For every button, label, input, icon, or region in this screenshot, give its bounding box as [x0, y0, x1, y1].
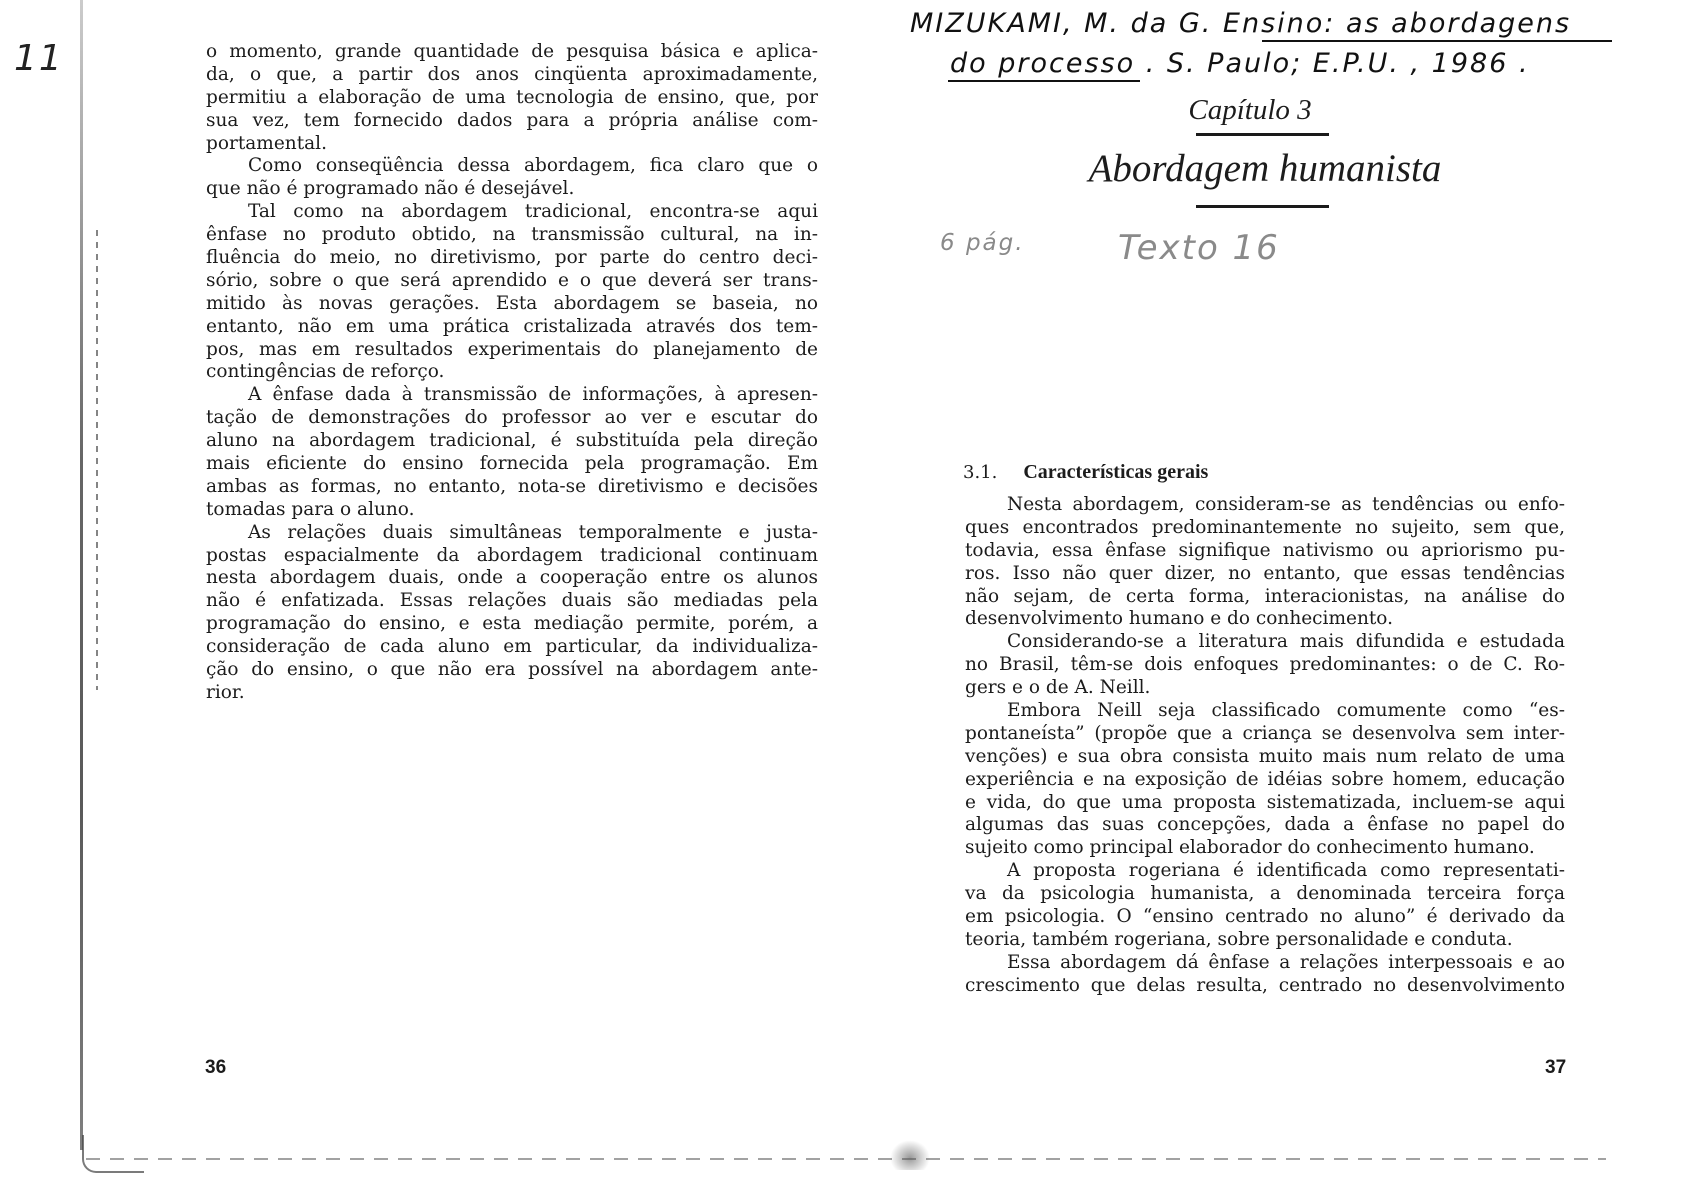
text-line: tomadas para o aluno. — [206, 499, 818, 522]
text-line: pontaneísta” (propõe que a criança se de… — [965, 723, 1565, 746]
left-page-body: o momento, grande quantidade de pesquisa… — [206, 41, 818, 705]
section-title: Características gerais — [1023, 461, 1208, 483]
text-line: entanto, não em uma prática cristalizada… — [206, 316, 818, 339]
handwritten-underline-2 — [948, 80, 1140, 82]
text-line: da, o que, a partir dos anos cinqüenta a… — [206, 64, 818, 87]
text-line: programação do ensino, e esta mediação p… — [206, 613, 818, 636]
handwritten-reference-line-2: do processo . S. Paulo; E.P.U. , 1986 . — [950, 48, 1530, 79]
text-line: mitido às novas gerações. Esta abordagem… — [206, 293, 818, 316]
text-line: consideração de cada aluno em particular… — [206, 636, 818, 659]
chapter-rule-top — [1196, 133, 1329, 136]
text-line: Embora Neill seja classificado comumente… — [965, 700, 1565, 723]
text-line: Tal como na abordagem tradicional, encon… — [206, 201, 818, 224]
scan-bottom-edge — [86, 1158, 1606, 1160]
text-line: portamental. — [206, 133, 818, 156]
text-line: no Brasil, têm-se dois enfoques predomin… — [965, 654, 1565, 677]
section-number: 3.1. — [963, 462, 997, 483]
text-line: Nesta abordagem, consideram-se as tendên… — [965, 494, 1565, 517]
text-line: permitiu a elaboração de uma tecnologia … — [206, 87, 818, 110]
text-line: mais eficiente do ensino fornecida pela … — [206, 453, 818, 476]
text-line: crescimento que delas resulta, centrado … — [965, 975, 1565, 998]
text-line: ambas as formas, no entanto, nota-se dir… — [206, 476, 818, 499]
right-page-body: Nesta abordagem, consideram-se as tendên… — [965, 494, 1565, 998]
text-line: que não é programado não é desejável. — [206, 178, 818, 201]
text-line: As relações duais simultâneas temporalme… — [206, 522, 818, 545]
text-line: sório, sobre o que será aprendido e o qu… — [206, 270, 818, 293]
text-line: experiência e na exposição de idéias sob… — [965, 769, 1565, 792]
text-line: o momento, grande quantidade de pesquisa… — [206, 41, 818, 64]
chapter-rule-bottom — [1196, 205, 1329, 208]
scan-edge-left — [80, 0, 83, 1150]
text-line: Essa abordagem dá ênfase a relações inte… — [965, 952, 1565, 975]
handwritten-underline-1 — [1262, 40, 1612, 42]
text-line: Como conseqüência dessa abordagem, fica … — [206, 155, 818, 178]
text-line: ros. Isso não quer dizer, no entanto, qu… — [965, 563, 1565, 586]
handwritten-reference-line-1: MIZUKAMI, M. da G. Ensino: as abordagens — [910, 8, 1571, 39]
pencil-note-text: Texto 16 — [1118, 228, 1280, 268]
text-line: desenvolvimento humano e do conhecimento… — [965, 608, 1565, 631]
text-line: não sejam, de certa forma, interacionist… — [965, 586, 1565, 609]
page-number-right: 37 — [1545, 1057, 1566, 1079]
text-line: ques encontrados predominantemente no su… — [965, 517, 1565, 540]
text-line: não é enfatizada. Essas relações duais s… — [206, 590, 818, 613]
scan-corner — [82, 1135, 144, 1173]
page-number-left: 36 — [205, 1057, 226, 1079]
text-line: todavia, essa ênfase signifique nativism… — [965, 540, 1565, 563]
chapter-title: Abordagem humanista — [1040, 146, 1490, 191]
text-line: sujeito como principal elaborador do con… — [965, 837, 1565, 860]
text-line: algumas das suas concepções, dada a ênfa… — [965, 814, 1565, 837]
text-line: va da psicologia humanista, a denominada… — [965, 883, 1565, 906]
text-line: ção do ensino, o que não era possível na… — [206, 659, 818, 682]
text-line: teoria, também rogeriana, sobre personal… — [965, 929, 1565, 952]
text-line: venções) e sua obra consista muito mais … — [965, 746, 1565, 769]
text-line: gers e o de A. Neill. — [965, 677, 1565, 700]
book-spine-shadow — [890, 1140, 930, 1170]
text-line: Considerando-se a literatura mais difund… — [965, 631, 1565, 654]
text-line: pos, mas em resultados experimentais do … — [206, 339, 818, 362]
text-line: em psicologia. O “ensino centrado no alu… — [965, 906, 1565, 929]
text-line: ênfase no produto obtido, na transmissão… — [206, 224, 818, 247]
text-line: A proposta rogeriana é identificada como… — [965, 860, 1565, 883]
text-line: contingências de reforço. — [206, 361, 818, 384]
chapter-label: Capítulo 3 — [1100, 94, 1400, 127]
text-line: A ênfase dada à transmissão de informaçõ… — [206, 384, 818, 407]
pencil-note-pages: 6 pág. — [940, 230, 1025, 256]
handwritten-margin-number: 11 — [14, 38, 64, 79]
text-line: nesta abordagem duais, onde a cooperação… — [206, 567, 818, 590]
text-line: sua vez, tem fornecido dados para a próp… — [206, 110, 818, 133]
text-line: e vida, do que uma proposta sistematizad… — [965, 792, 1565, 815]
text-line: aluno na abordagem tradicional, é substi… — [206, 430, 818, 453]
text-line: postas espacialmente da abordagem tradic… — [206, 545, 818, 568]
scan-edge-marks — [96, 230, 98, 690]
text-line: rior. — [206, 682, 818, 705]
text-line: fluência do meio, no diretivismo, por pa… — [206, 247, 818, 270]
section-heading: 3.1.Características gerais — [963, 461, 1208, 484]
text-line: tação de demonstrações do professor ao v… — [206, 407, 818, 430]
